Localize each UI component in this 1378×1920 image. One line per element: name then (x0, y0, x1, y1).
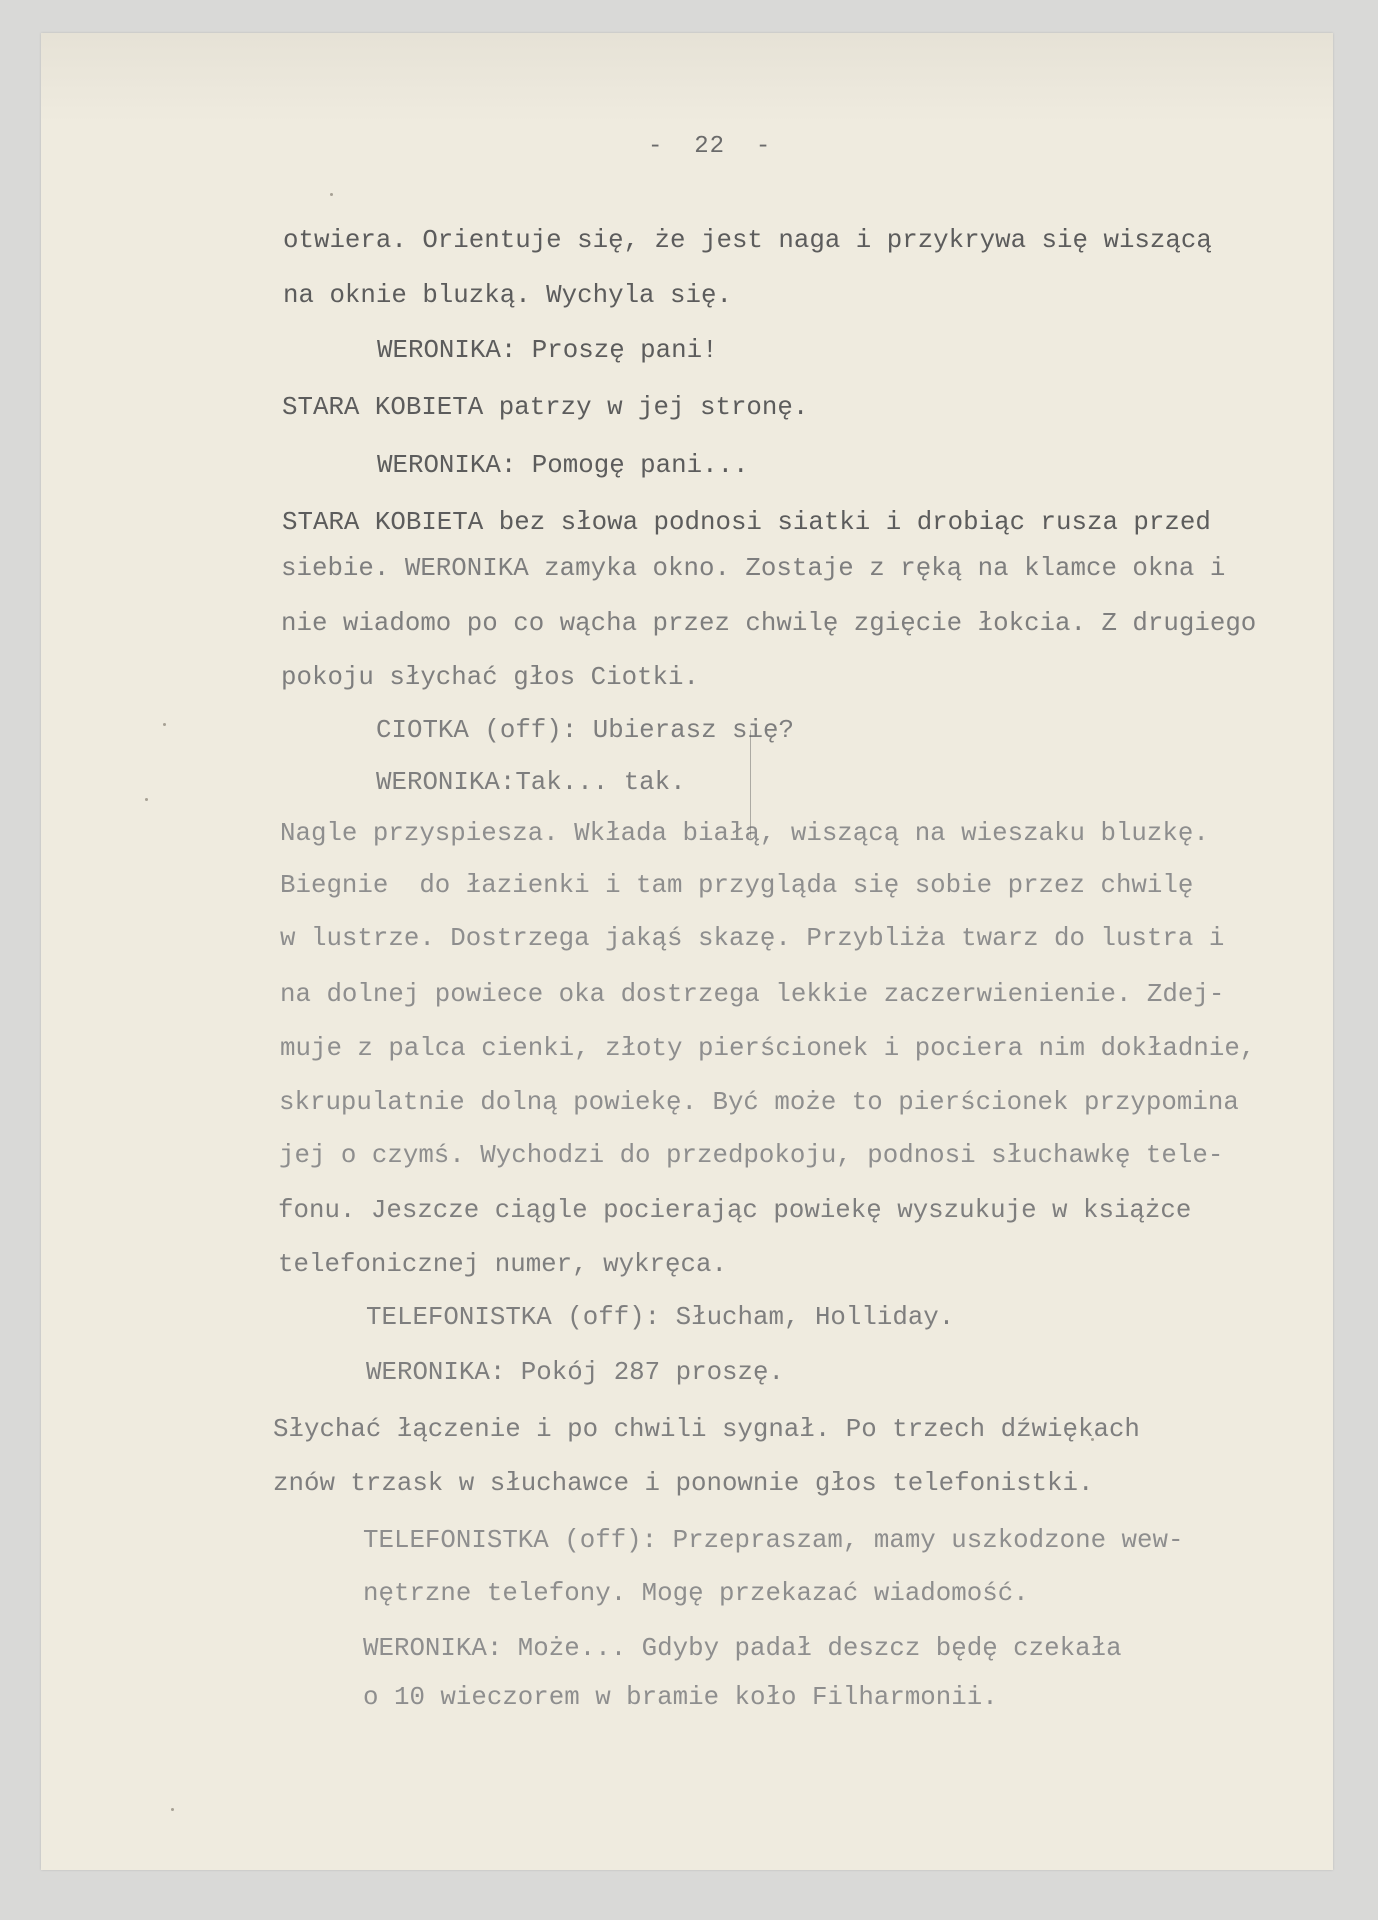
dialogue-line: WERONIKA: Proszę pani! (377, 336, 718, 366)
text-line: Słychać łączenie i po chwili sygnał. Po … (273, 1415, 1140, 1445)
text-line: na oknie bluzką. Wychyla się. (283, 281, 732, 311)
text-line: w lustrze. Dostrzega jakąś skazę. Przybl… (280, 924, 1224, 954)
text-line: znów trzask w słuchawce i ponownie głos … (273, 1469, 1093, 1499)
text-line: nie wiadomo po co wącha przez chwilę zgi… (281, 609, 1256, 639)
text-line: Biegnie do łazienki i tam przygląda się … (280, 871, 1193, 901)
paper-speck (1091, 1438, 1094, 1441)
dialogue-line: WERONIKA:Tak... tak. (376, 768, 686, 798)
text-line: na dolnej powiece oka dostrzega lekkie z… (280, 980, 1224, 1010)
dialogue-line: o 10 wieczorem w bramie koło Filharmonii… (363, 1683, 998, 1713)
page-number: - 22 - (648, 133, 771, 160)
pencil-mark (750, 730, 751, 838)
dialogue-line: WERONIKA: Pokój 287 proszę. (366, 1358, 784, 1388)
dialogue-line: TELEFONISTKA (off): Słucham, Holliday. (366, 1303, 954, 1333)
text-line: skrupulatnie dolną powiekę. Być może to … (279, 1088, 1239, 1118)
text-line: siebie. WERONIKA zamyka okno. Zostaje z … (281, 554, 1225, 584)
text-line: pokoju słychać głos Ciotki. (281, 663, 699, 693)
text-line: muje z palca cienki, złoty pierścionek i… (280, 1034, 1255, 1064)
paper-speck (171, 1808, 174, 1811)
paper-speck (145, 798, 148, 801)
text-line: STARA KOBIETA patrzy w jej stronę. (282, 393, 808, 423)
text-line: telefonicznej numer, wykręca. (278, 1250, 727, 1280)
dialogue-line: WERONIKA: Może... Gdyby padał deszcz będ… (363, 1634, 1122, 1664)
text-line: jej o czymś. Wychodzi do przedpokoju, po… (279, 1141, 1223, 1171)
typescript-page: - 22 - otwiera. Orientuje się, że jest n… (41, 33, 1333, 1870)
dialogue-line: TELEFONISTKA (off): Przepraszam, mamy us… (363, 1526, 1183, 1556)
paper-speck (163, 723, 166, 726)
text-line: STARA KOBIETA bez słowa podnosi siatki i… (282, 508, 1211, 538)
dialogue-line: nętrzne telefony. Mogę przekazać wiadomo… (363, 1579, 1029, 1609)
text-line: fonu. Jeszcze ciągle pocierając powiekę … (278, 1196, 1191, 1226)
dialogue-line: WERONIKA: Pomogę pani... (377, 451, 749, 481)
text-line: otwiera. Orientuje się, że jest naga i p… (283, 226, 1212, 256)
paper-speck (330, 193, 333, 196)
dialogue-line: CIOTKA (off): Ubierasz się? (376, 716, 794, 746)
text-line: Nagle przyspiesza. Wkłada białą, wiszącą… (280, 819, 1209, 849)
